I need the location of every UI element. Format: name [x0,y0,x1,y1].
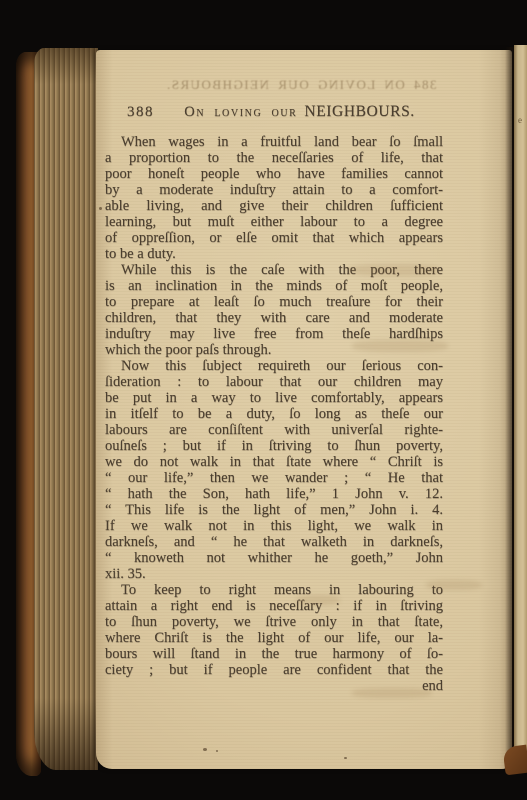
text-line: bours will ſtand in the true harmony of … [105,646,443,662]
show-through-smudge [296,595,340,605]
text-line: “ our life,” then we wander ; “ He that [105,470,443,486]
text-line: labours are conſiſtent with univerſal ri… [105,422,443,438]
text-line: To keep to right means in labouring to [105,582,443,598]
text-line: xii. 35. [105,566,443,582]
text-line: ouſneſs ; but if in ſtriving to ſhun pov… [105,438,443,454]
text-line: When wages in a fruitful land bear ſo ſm… [105,134,443,150]
text-line: able living, and give their children ſuf… [105,198,443,214]
text-line: If we walk not in this light, we walk in [105,518,443,534]
running-title: On loving ourNEIGHBOURS. [154,103,445,121]
text-line: where Chriſt is the light of our life, o… [105,630,443,646]
ink-speck [99,207,102,210]
text-line: in itſelf to be a duty, ſo long as theſe… [105,406,443,422]
ink-speck [203,748,207,751]
text-line: darkneſs, and “ he that walketh in darkn… [105,534,443,550]
show-through-smudge [426,580,482,590]
show-through-smudge [352,340,448,352]
show-through-smudge [348,264,440,276]
text-line: by a moderate induſtry attain to a comfo… [105,182,443,198]
text-line: be put in a way to live comfortably, app… [105,390,443,406]
page-body: When wages in a fruitful land bear ſo ſm… [105,134,443,678]
text-line: children, that they with care and modera… [105,310,443,326]
text-line: of oppreſſion, or elſe omit that which a… [105,230,443,246]
paragraph: When wages in a fruitful land bear ſo ſm… [105,134,443,262]
text-line: a proportion to the neceſſaries of life,… [105,150,443,166]
text-line: is an inclination in the minds of moſt p… [105,278,443,294]
next-page-edge-char: e [518,115,522,125]
show-through-text: 384 ON LOVING OUR NEIGHBOURS. [136,77,466,93]
text-line: “ This life is the light of men,” John i… [105,502,443,518]
paragraph: Now this ſubject requireth our ſerious c… [105,358,443,582]
ink-speck [344,757,347,759]
page-number: 388 [127,104,154,121]
running-title-leading: On loving our [184,104,297,120]
ink-speck [216,750,218,752]
text-line: poor honeſt people who have families can… [105,166,443,182]
book-photo: 384 ON LOVING OUR NEIGHBOURS. 388 On lov… [0,0,527,800]
text-line: learning, but muſt either labour to a de… [105,214,443,230]
text-line: attain a right end is neceſſary : if in … [105,598,443,614]
text-line: to ſhun poverty, we ſtrive only in that … [105,614,443,630]
text-line: to prepare at leaſt ſo much treaſure for… [105,294,443,310]
text-line: Now this ſubject requireth our ſerious c… [105,358,443,374]
text-line: “ knoweth not whither he goeth,” John [105,550,443,566]
page-header: 388 On loving ourNEIGHBOURS. [105,103,445,121]
show-through-smudge [352,688,432,698]
text-line: ſideration : to labour that our children… [105,374,443,390]
text-line: “ hath the Son, hath life,” 1 John v. 12… [105,486,443,502]
running-title-emphasis: NEIGHBOURS. [304,103,414,120]
book-page: 384 ON LOVING OUR NEIGHBOURS. 388 On lov… [96,50,512,769]
page-edge-stack [34,48,98,770]
text-line: ciety ; but if people are confident that… [105,662,443,678]
paragraph: To keep to right means in labouring toat… [105,582,443,678]
text-line: to be a duty. [105,246,443,262]
next-page-edge: e [514,45,527,759]
text-line: we do not walk in that ſtate where “ Chr… [105,454,443,470]
